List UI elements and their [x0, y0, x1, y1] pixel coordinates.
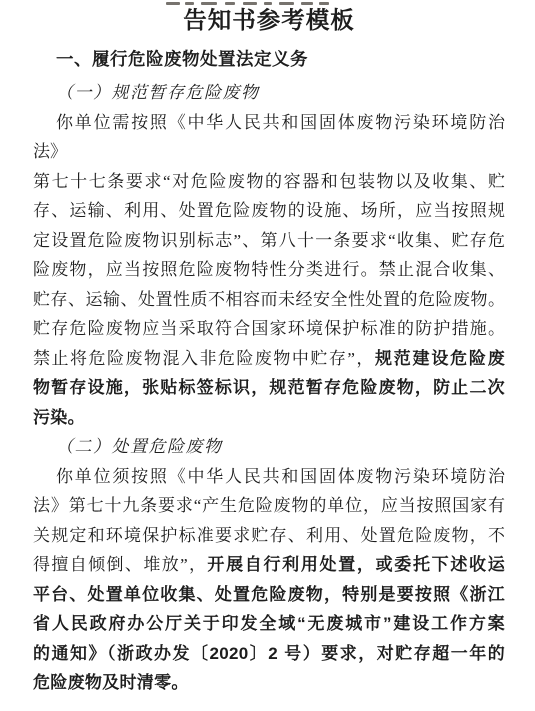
text-line: 你单位须按照《中华人民共和国固体废物污染环境防治	[33, 462, 505, 492]
body-text: 险废物，应当按照危险废物特性分类进行。禁止混合收集、	[33, 260, 505, 279]
emphasis-text: 的通知》（浙政办发〔2020〕2 号）要求，对贮存超一年的	[33, 644, 505, 663]
clipped-text-remnant	[33, 0, 505, 6]
text-line: 关规定和环境保护标准要求贮存、利用、处置危险废物，不	[33, 521, 505, 551]
document-page: 告知书参考模板 一、履行危险废物处置法定义务 （一）规范暂存危险废物你单位需按照…	[0, 0, 535, 698]
body-text: 法》	[33, 142, 67, 161]
emphasis-text: 危险废物及时清零。	[33, 673, 189, 692]
text-line: 你单位需按照《中华人民共和国固体废物污染环境防治	[33, 108, 505, 138]
text-line: 存、运输、利用、处置危险废物的设施、场所，应当按照规	[33, 196, 505, 226]
emphasis-text: 省人民政府办公厅关于印发全域“无废城市”建设工作方案	[33, 614, 505, 633]
subsection-heading: （一）规范暂存危险废物	[33, 78, 505, 108]
text-line: 得擅自倾倒、堆放”，开展自行利用处置，或委托下述收运	[33, 550, 505, 580]
section-heading: 一、履行危险废物处置法定义务	[33, 44, 505, 74]
text-line: 危险废物及时清零。	[33, 668, 505, 698]
subsection-heading: （二）处置危险废物	[33, 432, 505, 462]
text-line: 法》第七十九条要求“产生危险废物的单位，应当按照国家有	[33, 491, 505, 521]
text-line: 禁止将危险废物混入非危险废物中贮存”，规范建设危险废	[33, 344, 505, 374]
text-line: 省人民政府办公厅关于印发全域“无废城市”建设工作方案	[33, 609, 505, 639]
body-text: 存、运输、利用、处置危险废物的设施、场所，应当按照规	[33, 201, 505, 220]
text-line: 险废物，应当按照危险废物特性分类进行。禁止混合收集、	[33, 255, 505, 285]
body-text: 定设置危险废物识别标志”、第八十一条要求“收集、贮存危	[33, 231, 505, 250]
body-text: （二）处置危险废物	[56, 437, 223, 456]
body-text: 法》第七十九条要求“产生危险废物的单位，应当按照国家有	[33, 496, 505, 515]
document-title: 告知书参考模板	[33, 6, 505, 36]
emphasis-text: 平台、处置单位收集、处置危险废物，特别是要按照《浙江	[33, 585, 505, 604]
body-text: （一）规范暂存危险废物	[56, 83, 260, 102]
emphasis-text: 规范建设危险废	[375, 349, 505, 368]
body-text: 你单位须按照《中华人民共和国固体废物污染环境防治	[56, 467, 505, 486]
text-line: 法》	[33, 137, 505, 167]
emphasis-text: 污染。	[33, 408, 85, 427]
text-line: 第七十七条要求“对危险废物的容器和包装物以及收集、贮	[33, 167, 505, 197]
emphasis-text: 物暂存设施，张贴标签标识，规范暂存危险废物，防止二次	[33, 378, 505, 397]
text-line: 平台、处置单位收集、处置危险废物，特别是要按照《浙江	[33, 580, 505, 610]
body-text: 贮存危险废物应当采取符合国家环境保护标准的防护措施。	[33, 319, 505, 338]
text-line: 的通知》（浙政办发〔2020〕2 号）要求，对贮存超一年的	[33, 639, 505, 669]
body-text: 第七十七条要求“对危险废物的容器和包装物以及收集、贮	[33, 172, 505, 191]
text-line: 物暂存设施，张贴标签标识，规范暂存危险废物，防止二次	[33, 373, 505, 403]
body-text: 贮存、运输、处置性质不相容而未经安全性处置的危险废物。	[33, 290, 505, 309]
text-line: 贮存、运输、处置性质不相容而未经安全性处置的危险废物。	[33, 285, 505, 315]
body-text: 禁止将危险废物混入非危险废物中贮存”，	[33, 349, 375, 368]
body-text: 你单位需按照《中华人民共和国固体废物污染环境防治	[56, 113, 505, 132]
text-line: 贮存危险废物应当采取符合国家环境保护标准的防护措施。	[33, 314, 505, 344]
text-line: 污染。	[33, 403, 505, 433]
emphasis-text: 开展自行利用处置，或委托下述收运	[207, 555, 505, 574]
body-text: 关规定和环境保护标准要求贮存、利用、处置危险废物，不	[33, 526, 505, 545]
text-line: 定设置危险废物识别标志”、第八十一条要求“收集、贮存危	[33, 226, 505, 256]
body-text: 得擅自倾倒、堆放”，	[33, 555, 207, 574]
document-body: （一）规范暂存危险废物你单位需按照《中华人民共和国固体废物污染环境防治法》第七十…	[33, 78, 505, 698]
